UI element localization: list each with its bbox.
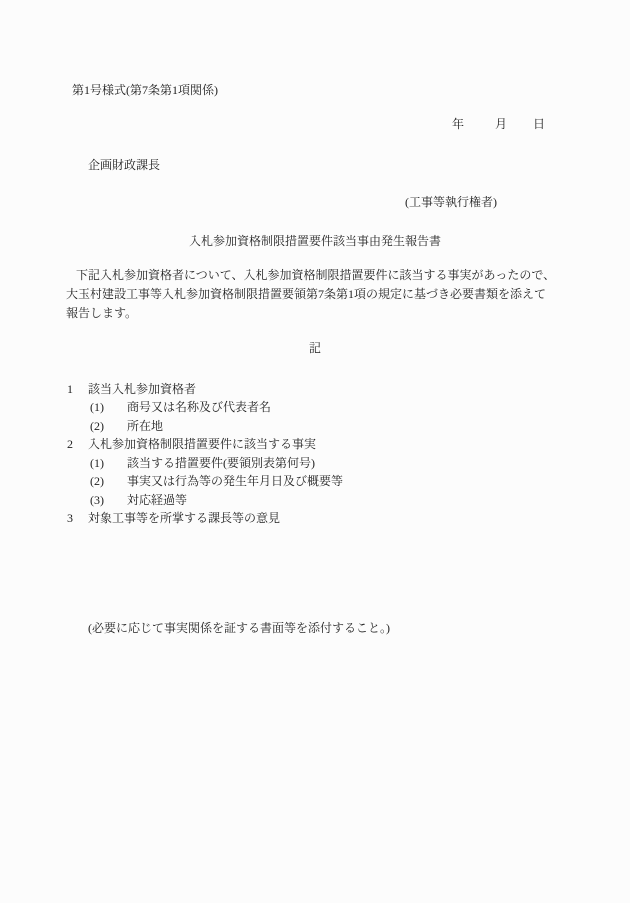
outline-item-text: 該当する措置要件(要領別表第何号) [127,456,315,470]
outline-subitem: (1) 該当する措置要件(要領別表第何号) [0,454,630,472]
body-line: 下記入札参加資格者について、入札参加資格制限措置要件に該当する事実があったので、 [66,266,606,285]
outline-subitem: (2) 事実又は行為等の発生年月日及び概要等 [0,472,630,490]
outline-item: 1 該当入札参加資格者 [0,380,630,398]
body-line: 報告します。 [66,304,606,323]
document-title: 入札参加資格制限措置要件該当事由発生報告書 [0,234,630,248]
attachment-note: (必要に応じて事実関係を証する書面等を添付すること。) [88,621,390,635]
outline-subitem: (3) 対応経過等 [0,491,630,509]
outline-item: 3 対象工事等を所掌する課長等の意見 [0,509,630,527]
outline-item-number: (2) [90,419,127,433]
outline-item: 2 入札参加資格制限措置要件に該当する事実 [0,435,630,453]
outline-item-text: 商号又は名称及び代表者名 [127,400,271,414]
outline-item-number: (1) [90,456,127,470]
issuer-label: (工事等執行権者) [405,195,497,209]
day-label: 日 [533,117,545,131]
outline-item-text: 入札参加資格制限措置要件に該当する事実 [88,437,316,451]
outline-list: 1 該当入札参加資格者 (1) 商号又は名称及び代表者名 (2) 所在地 2 入… [0,380,630,528]
outline-item-text: 対象工事等を所掌する課長等の意見 [88,511,280,525]
record-heading: 記 [0,341,630,355]
outline-item-text: 対応経過等 [127,493,187,507]
outline-item-number: (2) [90,474,127,488]
outline-item-number: 2 [67,437,88,451]
outline-item-text: 該当入札参加資格者 [88,382,196,396]
outline-item-number: 3 [67,511,88,525]
year-label: 年 [452,117,464,131]
date-line: 年 月 日 [452,117,545,131]
month-label: 月 [495,117,507,131]
outline-item-number: (3) [90,493,127,507]
document-page: 第1号様式(第7条第1項関係) 年 月 日 企画財政課長 (工事等執行権者) 入… [0,0,630,903]
outline-subitem: (1) 商号又は名称及び代表者名 [0,398,630,416]
outline-item-number: 1 [67,382,88,396]
outline-subitem: (2) 所在地 [0,417,630,435]
outline-item-text: 所在地 [127,419,163,433]
addressee-label: 企画財政課長 [88,158,160,172]
body-line: 大玉村建設工事等入札参加資格制限措置要領第7条第1項の規定に基づき必要書類を添え… [66,285,606,304]
outline-item-number: (1) [90,400,127,414]
form-number-label: 第1号様式(第7条第1項関係) [72,83,218,97]
outline-item-text: 事実又は行為等の発生年月日及び概要等 [127,474,343,488]
body-paragraph: 下記入札参加資格者について、入札参加資格制限措置要件に該当する事実があったので、… [66,266,606,323]
